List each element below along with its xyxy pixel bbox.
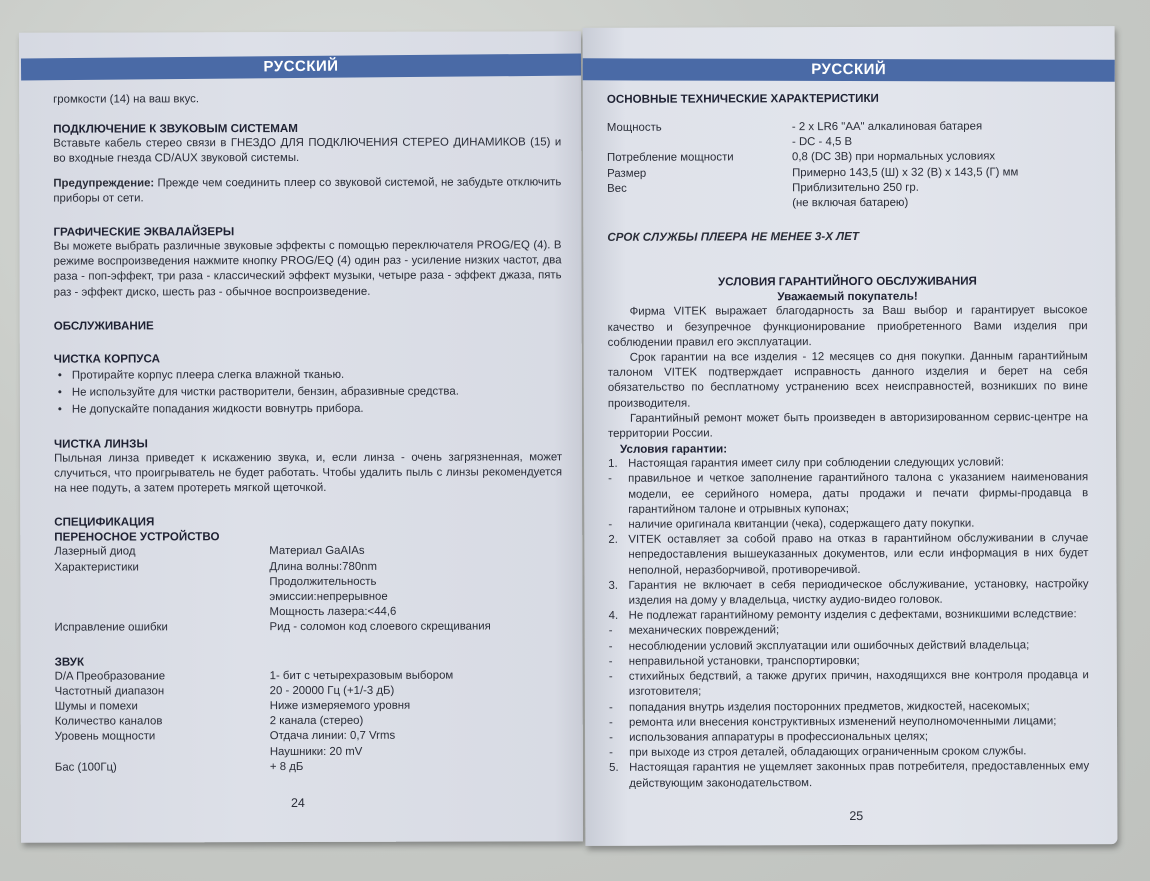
condition-text: наличие оригинала квитанции (чека), соде…	[628, 518, 974, 531]
spec-row: - DC - 4,5 В	[607, 134, 1087, 151]
condition-text: попадания внутрь изделия посторонних пре…	[629, 700, 1030, 713]
language-header-band: РУССКИЙ	[583, 58, 1115, 81]
warranty-condition-item: -механических повреждений;	[609, 623, 1089, 640]
spec-label	[54, 590, 269, 606]
list-marker: -	[608, 472, 612, 487]
section-title-tech-specs: ОСНОВНЫЕ ТЕХНИЧЕСКИЕ ХАРАКТЕРИСТИКИ	[607, 90, 1087, 107]
section-title-specification: СПЕЦИФИКАЦИЯ	[54, 514, 562, 530]
condition-text: при выходе из строя деталей, обладающих …	[629, 745, 1026, 758]
condition-text: использования аппаратуры в профессиональ…	[629, 731, 928, 744]
spec-row: Частотный диапазон20 - 20000 Гц (+1/-3 д…	[55, 683, 563, 700]
spec-label: Лазерный диод	[54, 545, 269, 561]
list-marker: -	[609, 716, 613, 731]
condition-text: несоблюдении условий эксплуатации или ош…	[629, 639, 1030, 652]
page-number: 25	[849, 809, 863, 823]
spec-label: D/A Преобразование	[55, 669, 270, 685]
spec-value: 2 канала (стерео)	[270, 714, 563, 730]
equalizer-text: Вы можете выбрать различные звуковые эфф…	[53, 238, 561, 300]
warranty-condition-item: -ремонта или внесения конструктивных изм…	[609, 714, 1089, 731]
spec-row: Шумы и помехиНиже измеряемого уровня	[55, 698, 563, 715]
list-marker: 5.	[609, 761, 619, 776]
warranty-paragraph: Гарантийный ремонт может быть произведен…	[608, 410, 1088, 442]
spec-row: (не включая батарею)	[607, 195, 1087, 212]
spec-label	[54, 605, 269, 621]
warranty-condition-item: 5.Настоящая гарантия не ущемляет законны…	[609, 759, 1089, 791]
spec-label: Шумы и помехи	[55, 699, 270, 715]
spec-label: Частотный диапазон	[55, 684, 270, 700]
condition-text: VITEK оставляет за собой право на отказ …	[628, 532, 1088, 576]
section-title-connection: ПОДКЛЮЧЕНИЕ К ЗВУКОВЫМ СИСТЕМАМ	[53, 121, 561, 137]
spec-label: Характеристики	[54, 560, 269, 576]
spec-label: Количество каналов	[55, 714, 270, 730]
left-page: РУССКИЙ громкости (14) на ваш вкус. ПОДК…	[19, 31, 583, 842]
condition-text: Гарантия не включает в себя периодическо…	[629, 578, 1089, 607]
warranty-condition-item: -при выходе из строя деталей, обладающих…	[609, 744, 1089, 761]
condition-text: стихийных бедствий, а также других причи…	[629, 669, 1089, 698]
list-marker: -	[609, 640, 613, 655]
list-marker: -	[609, 746, 613, 761]
spec-label: Уровень мощности	[55, 730, 270, 746]
spec-label	[607, 135, 792, 151]
service-life-notice: СРОК СЛУЖБЫ ПЛЕЕРА НЕ МЕНЕЕ 3-Х ЛЕТ	[607, 228, 1087, 245]
spec-label: Вес	[607, 181, 792, 197]
spec-value: Материал GaAIAs	[269, 544, 562, 560]
warranty-conditions-title: Условия гарантии:	[608, 440, 1088, 457]
left-page-content: громкости (14) на ваш вкус. ПОДКЛЮЧЕНИЕ …	[53, 91, 563, 775]
warranty-title: УСЛОВИЯ ГАРАНТИЙНОГО ОБСЛУЖИВАНИЯ	[607, 274, 1087, 291]
right-page-content: ОСНОВНЫЕ ТЕХНИЧЕСКИЕ ХАРАКТЕРИСТИКИ Мощн…	[607, 90, 1089, 791]
spec-value: Мощность лазера:<44,6	[269, 605, 562, 621]
condition-text: ремонта или внесения конструктивных изме…	[629, 715, 1056, 728]
spec-row: Уровень мощностиОтдача линии: 0,7 Vrms	[55, 729, 563, 746]
warranty-condition-item: 1.Настоящая гарантия имеет силу при собл…	[608, 455, 1088, 472]
right-page: РУССКИЙ ОСНОВНЫЕ ТЕХНИЧЕСКИЕ ХАРАКТЕРИСТ…	[583, 26, 1118, 846]
warranty-condition-item: 3.Гарантия не включает в себя периодичес…	[608, 577, 1088, 609]
spec-value: Отдача линии: 0,7 Vrms	[270, 729, 563, 745]
warranty-condition-item: 4.Не подлежат гарантийному ремонту издел…	[609, 607, 1089, 624]
list-marker: 4.	[609, 609, 619, 624]
warning-label: Предупреждение:	[53, 177, 154, 189]
spec-label: Потребление мощности	[607, 151, 792, 167]
warranty-condition-item: 2.VITEK оставляет за собой право на отка…	[608, 531, 1088, 578]
spec-value: + 8 дБ	[270, 759, 563, 775]
spec-value: 0,8 (DC 3В) при нормальных условиях	[792, 150, 1087, 166]
spec-label: Размер	[607, 166, 792, 182]
spec-label	[54, 575, 269, 591]
condition-text: Настоящая гарантия имеет силу при соблюд…	[628, 457, 1004, 470]
spec-value: эмиссии:непрерывное	[269, 589, 562, 605]
spec-value: Приблизительно 250 гр.	[792, 180, 1087, 196]
condition-text: правильное и четкое заполнение гарантийн…	[628, 472, 1088, 516]
warranty-condition-item: -наличие оригинала квитанции (чека), сод…	[608, 516, 1088, 533]
list-marker: 3.	[608, 579, 618, 594]
warning-paragraph: Предупреждение: Прежде чем соединить пле…	[53, 175, 561, 207]
spec-row: D/A Преобразование1- бит с четырехразовы…	[55, 668, 563, 685]
sound-table: D/A Преобразование1- бит с четырехразовы…	[55, 668, 563, 776]
specification-table: Лазерный диодМатериал GaAIAsХарактеристи…	[54, 544, 562, 637]
list-item: Не используйте для чистки растворители, …	[54, 383, 562, 401]
spec-value: - 2 x LR6 "AA" алкалиновая батарея	[792, 119, 1087, 135]
list-marker: -	[609, 670, 613, 685]
list-marker: -	[608, 518, 612, 533]
spec-row: ВесПриблизительно 250 гр.	[607, 180, 1087, 197]
warranty-conditions-list: 1.Настоящая гарантия имеет силу при собл…	[608, 455, 1089, 791]
language-header-band: РУССКИЙ	[21, 54, 581, 81]
list-marker: -	[609, 700, 613, 715]
list-marker: -	[609, 655, 613, 670]
section-subtitle-portable-device: ПЕРЕНОСНОЕ УСТРОЙСТВО	[54, 529, 562, 545]
spec-label: Мощность	[607, 120, 792, 136]
spec-value: Примерно 143,5 (Ш) x 32 (В) x 143,5 (Г) …	[792, 165, 1087, 181]
spec-row: Лазерный диодМатериал GaAIAs	[54, 544, 562, 561]
spec-label: Бас (100Гц)	[55, 760, 270, 776]
section-title-equalizer: ГРАФИЧЕСКИЕ ЭКВАЛАЙЗЕРЫ	[53, 223, 561, 239]
spec-row: Исправление ошибкиРид - соломон код слое…	[54, 620, 562, 637]
spec-value: (не включая батарею)	[792, 195, 1087, 211]
warranty-condition-item: -неправильной установки, транспортировки…	[609, 653, 1089, 670]
spec-row: Наушники: 20 mV	[55, 744, 563, 761]
spec-value: - DC - 4,5 В	[792, 134, 1087, 150]
section-title-maintenance: ОБСЛУЖИВАНИЕ	[54, 317, 562, 333]
list-marker: 1.	[608, 457, 618, 472]
spec-value: Рид - соломон код слоевого скрещивания	[269, 620, 562, 636]
spec-value: 1- бит с четырехразовым выбором	[270, 668, 563, 684]
list-marker: -	[609, 731, 613, 746]
spec-value: Наушники: 20 mV	[270, 744, 563, 760]
warranty-paragraph: Фирма VITEK выражает благодарность за Ва…	[608, 304, 1088, 351]
spec-row: РазмерПримерно 143,5 (Ш) x 32 (В) x 143,…	[607, 165, 1087, 182]
spec-row: Количество каналов2 канала (стерео)	[55, 714, 563, 731]
section-title-lens-cleaning: ЧИСТКА ЛИНЗЫ	[54, 435, 562, 451]
warranty-paragraph: Срок гарантии на все изделия - 12 месяце…	[608, 349, 1088, 411]
warranty-condition-item: -использования аппаратуры в профессионал…	[609, 729, 1089, 746]
condition-text: неправильной установки, транспортировки;	[629, 655, 860, 668]
tech-specs-table: Мощность- 2 x LR6 "AA" алкалиновая батар…	[607, 119, 1087, 212]
warranty-condition-item: -правильное и четкое заполнение гарантий…	[608, 471, 1088, 518]
list-marker: -	[609, 624, 613, 639]
spec-row: Потребление мощности0,8 (DC 3В) при норм…	[607, 150, 1087, 167]
spec-row: ХарактеристикиДлина волны:780nm	[54, 559, 562, 576]
list-item: Протирайте корпус плеера слегка влажной …	[54, 366, 562, 384]
warranty-condition-item: -стихийных бедствий, а также других прич…	[609, 668, 1089, 700]
condition-text: Не подлежат гарантийному ремонту изделия…	[629, 608, 1077, 622]
warranty-greeting: Уважаемый покупатель!	[607, 289, 1087, 306]
spec-label	[607, 196, 792, 212]
list-item: Не допускайте попадания жидкости вовнутр…	[54, 400, 562, 418]
condition-text: механических повреждений;	[629, 625, 780, 638]
condition-text: Настоящая гарантия не ущемляет законных …	[629, 760, 1089, 789]
intro-line: громкости (14) на ваш вкус.	[53, 91, 561, 108]
spec-value: Продолжительность	[269, 574, 562, 590]
lens-cleaning-text: Пыльная линза приведет к искажению звука…	[54, 450, 562, 497]
connection-text: Вставьте кабель стерео связи в ГНЕЗДО ДЛ…	[53, 136, 561, 168]
warranty-condition-item: -несоблюдении условий эксплуатации или о…	[609, 638, 1089, 655]
spec-label: Исправление ошибки	[54, 621, 269, 637]
list-marker: 2.	[608, 533, 618, 548]
warranty-condition-item: -попадания внутрь изделия посторонних пр…	[609, 699, 1089, 716]
spec-row: эмиссии:непрерывное	[54, 589, 562, 606]
section-title-body-cleaning: ЧИСТКА КОРПУСА	[54, 350, 562, 366]
spec-value: 20 - 20000 Гц (+1/-3 дБ)	[270, 683, 563, 699]
spec-value: Длина волны:780nm	[269, 559, 562, 575]
page-number: 24	[291, 796, 305, 810]
body-cleaning-list: Протирайте корпус плеера слегка влажной …	[54, 366, 562, 418]
spec-row: Мощность- 2 x LR6 "AA" алкалиновая батар…	[607, 119, 1087, 136]
spec-value: Ниже измеряемого уровня	[270, 698, 563, 714]
spec-row: Бас (100Гц)+ 8 дБ	[55, 759, 563, 776]
section-title-sound: ЗВУК	[55, 653, 563, 669]
spec-row: Продолжительность	[54, 574, 562, 591]
spec-label	[55, 745, 270, 761]
spec-row: Мощность лазера:<44,6	[54, 605, 562, 622]
